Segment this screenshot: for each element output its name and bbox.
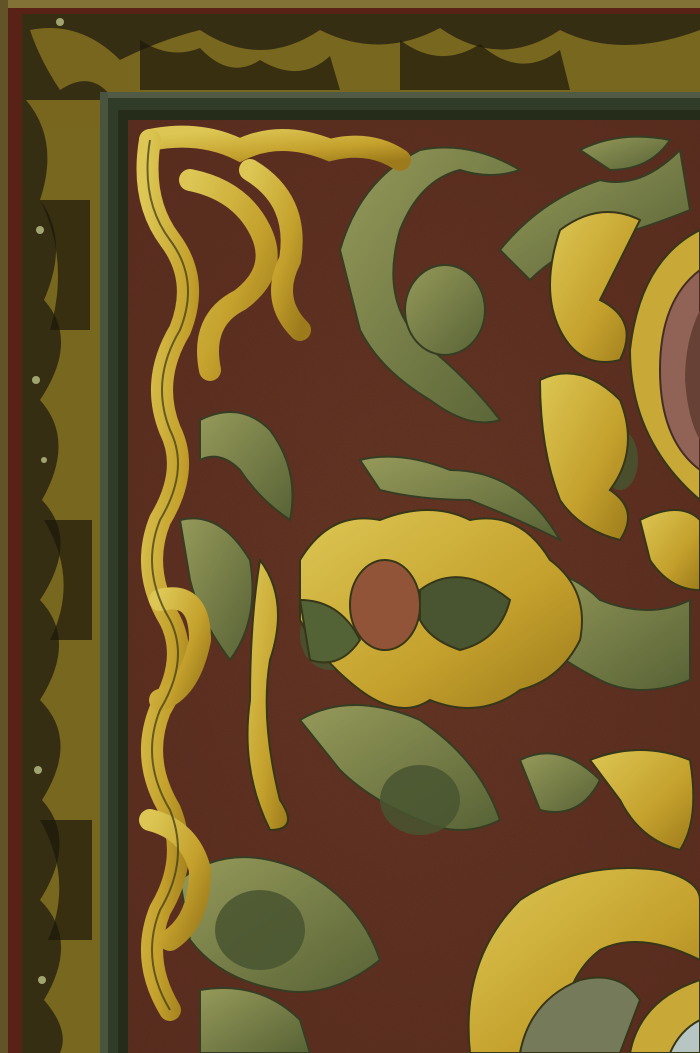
- panel-artwork: [0, 0, 700, 1053]
- ornate-panel-photo: [0, 0, 700, 1053]
